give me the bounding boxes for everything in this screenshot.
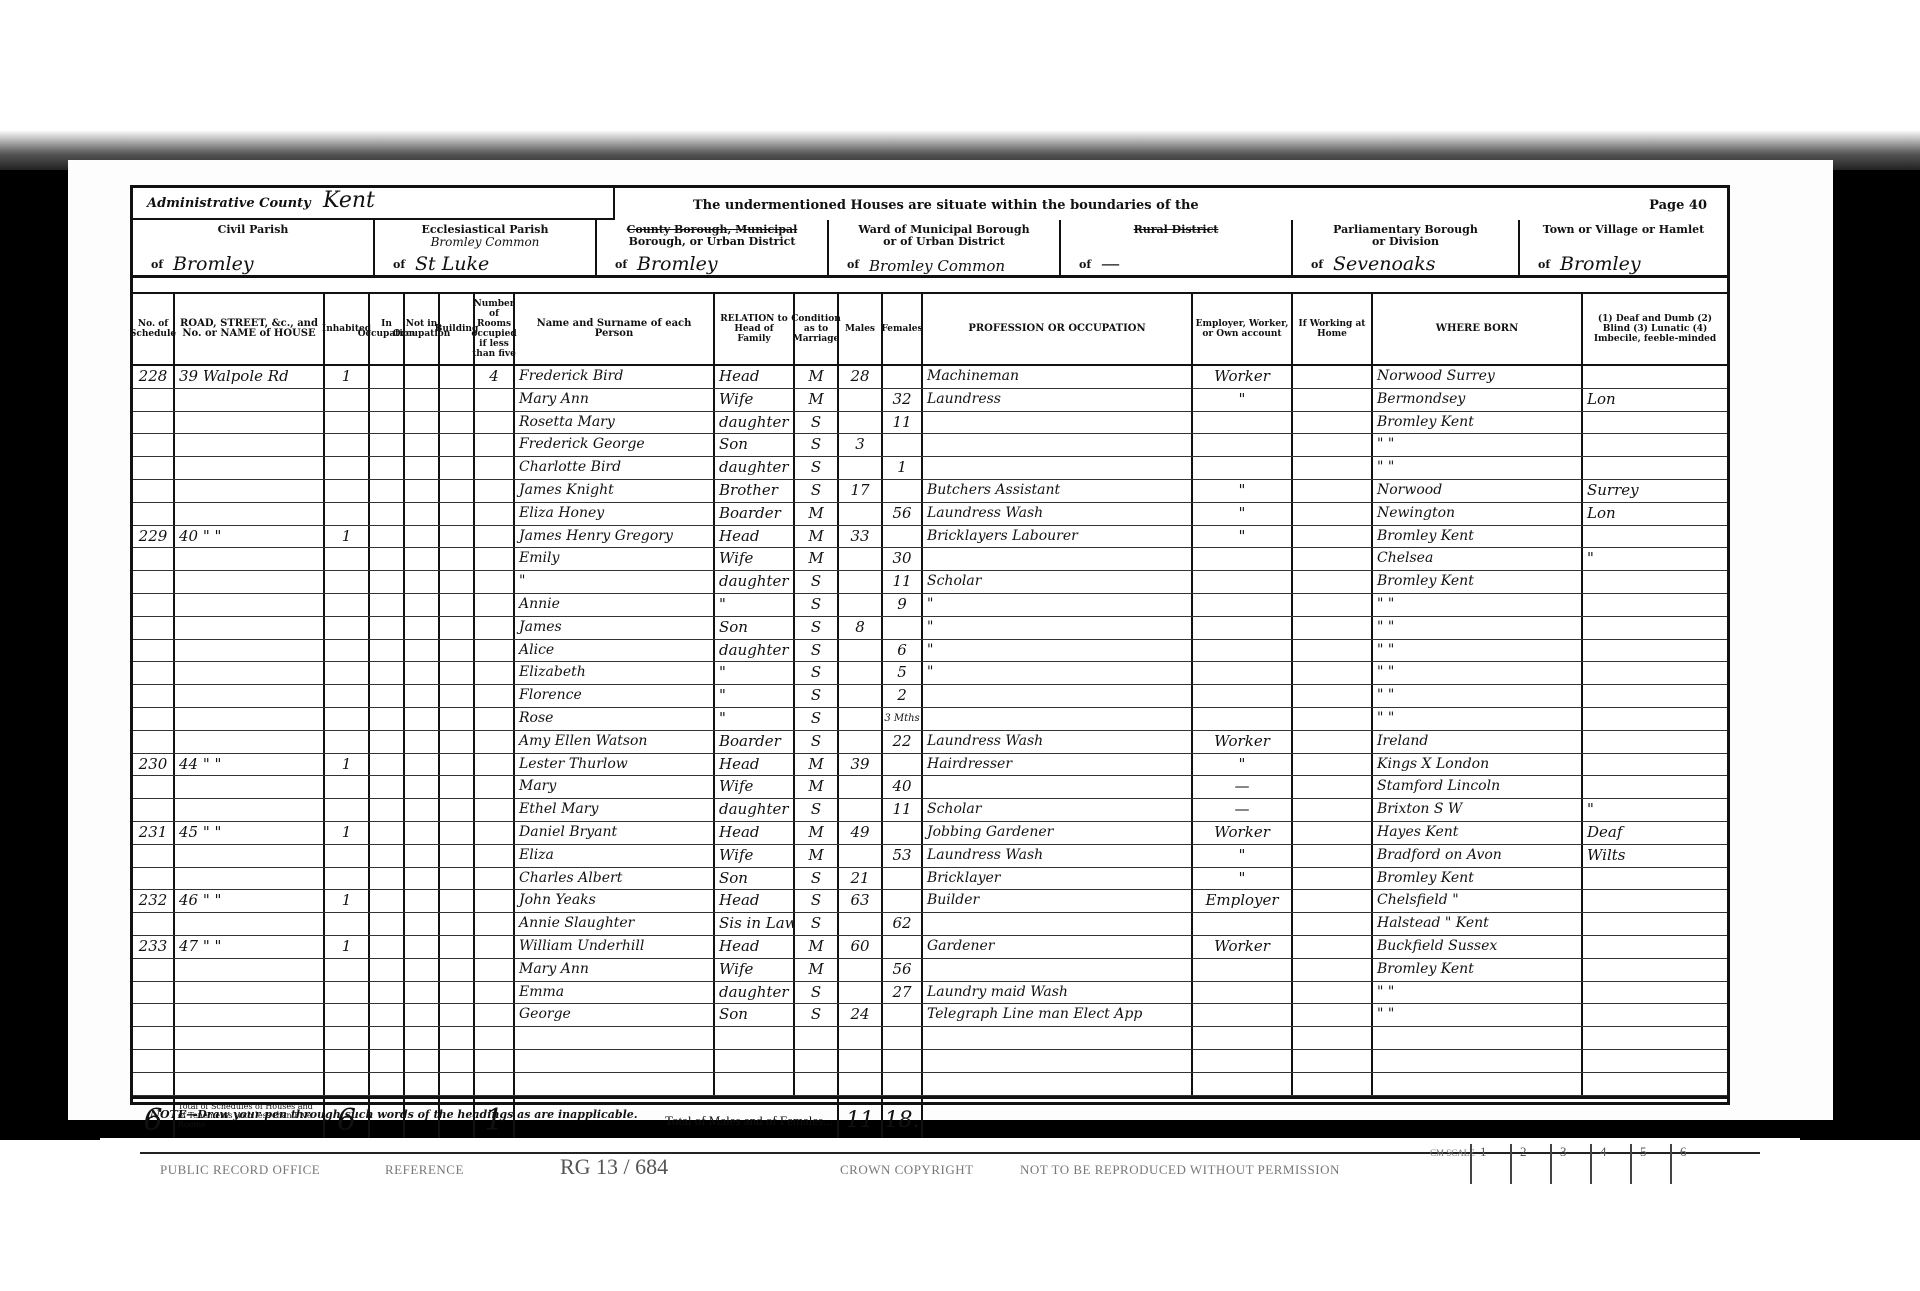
cell-rooms <box>475 776 515 798</box>
cell-female <box>883 1027 923 1049</box>
cell-female <box>883 754 923 776</box>
cell-name: William Underhill <box>515 936 715 958</box>
cell-address <box>175 640 325 662</box>
permission-notice: NOT TO BE REPRODUCED WITHOUT PERMISSION <box>1020 1162 1340 1178</box>
column-header: If Working at Home <box>1293 294 1373 364</box>
admin-county-label: Administrative County <box>147 196 311 211</box>
cell-infirm <box>1583 731 1727 753</box>
cell-male <box>839 913 883 935</box>
cell-address <box>175 845 325 867</box>
cell-inhab: 1 <box>325 822 370 844</box>
cell-blank <box>370 799 405 821</box>
cell-infirm <box>1583 617 1727 639</box>
cell-sched: 233 <box>133 936 175 958</box>
column-header: No. of Schedule <box>133 294 175 364</box>
cell-male <box>839 685 883 707</box>
cell-address <box>175 594 325 616</box>
cell-home <box>1293 959 1373 981</box>
cell-female: 40 <box>883 776 923 798</box>
cell-address <box>175 617 325 639</box>
cell-born: Stamford Lincoln <box>1373 776 1583 798</box>
cell-female <box>883 1050 923 1072</box>
cell-inhab <box>325 389 370 411</box>
cell-blank <box>370 640 405 662</box>
cell-blank <box>440 913 475 935</box>
cell-rel <box>715 1027 795 1049</box>
cell-inhab: 1 <box>325 526 370 548</box>
cell-address <box>175 480 325 502</box>
cell-blank <box>370 548 405 570</box>
cell-name <box>515 1050 715 1072</box>
cell-name: James Knight <box>515 480 715 502</box>
cell-cond: S <box>795 1004 839 1026</box>
cell-name: Florence <box>515 685 715 707</box>
census-row: Elizabeth"S5"" " <box>133 662 1727 685</box>
cell-born: " " <box>1373 685 1583 707</box>
cell-blank <box>440 571 475 593</box>
census-row: Mary AnnWifeM32Laundress"BermondseyLon <box>133 389 1727 412</box>
cell-occ <box>923 913 1193 935</box>
cell-emp: " <box>1193 389 1293 411</box>
cell-rel: daughter <box>715 571 795 593</box>
cell-rooms <box>475 480 515 502</box>
cell-born: " " <box>1373 457 1583 479</box>
cell-cond: S <box>795 480 839 502</box>
cell-emp: — <box>1193 776 1293 798</box>
cell-sched <box>133 799 175 821</box>
cell-blank <box>440 662 475 684</box>
cell-female <box>883 480 923 502</box>
cell-address <box>175 799 325 821</box>
cell-blank <box>370 434 405 456</box>
cell-female: 27 <box>883 982 923 1004</box>
cell-born: Bradford on Avon <box>1373 845 1583 867</box>
cell-male: 28 <box>839 366 883 388</box>
cell-home <box>1293 845 1373 867</box>
cell-blank <box>440 434 475 456</box>
cell-address: 44 " " <box>175 754 325 776</box>
cell-cond <box>795 1050 839 1072</box>
division-label: or Division <box>1293 236 1518 248</box>
cell-emp <box>1193 662 1293 684</box>
of-label: of <box>1538 258 1550 271</box>
cell-inhab <box>325 685 370 707</box>
cell-sched <box>133 776 175 798</box>
cell-name: Mary Ann <box>515 959 715 981</box>
cell-infirm <box>1583 1050 1727 1072</box>
cell-blank <box>370 662 405 684</box>
census-row: 22839 Walpole Rd14Frederick BirdHeadM28M… <box>133 366 1727 389</box>
column-header: PROFESSION OR OCCUPATION <box>923 294 1193 364</box>
cell-name: Ethel Mary <box>515 799 715 821</box>
of-label: of <box>1311 258 1323 271</box>
cell-name: Lester Thurlow <box>515 754 715 776</box>
cell-female: 32 <box>883 389 923 411</box>
cell-blank <box>370 731 405 753</box>
cell-blank <box>370 776 405 798</box>
cell-female <box>883 617 923 639</box>
cell-male <box>839 389 883 411</box>
cell-rooms <box>475 594 515 616</box>
cell-blank <box>440 799 475 821</box>
cell-inhab <box>325 845 370 867</box>
cell-rooms <box>475 434 515 456</box>
census-row: Annie SlaughterSis in LawS62Halstead " K… <box>133 913 1727 936</box>
cell-rooms <box>475 1073 515 1095</box>
cell-infirm <box>1583 366 1727 388</box>
cell-address <box>175 1073 325 1095</box>
cell-blank <box>440 366 475 388</box>
ecclesiastical-parish: Ecclesiastical Parish Bromley Common of … <box>375 220 597 275</box>
cell-male: 49 <box>839 822 883 844</box>
cell-female: 53 <box>883 845 923 867</box>
cell-address <box>175 708 325 730</box>
cell-male: 33 <box>839 526 883 548</box>
cell-home <box>1293 685 1373 707</box>
cell-occ: Butchers Assistant <box>923 480 1193 502</box>
column-headers: No. of ScheduleROAD, STREET, &c., and No… <box>133 294 1727 366</box>
cell-occ: Machineman <box>923 366 1193 388</box>
cell-born: Norwood Surrey <box>1373 366 1583 388</box>
cell-address <box>175 1027 325 1049</box>
cell-occ: Jobbing Gardener <box>923 822 1193 844</box>
cell-address: 40 " " <box>175 526 325 548</box>
column-header: Condition as to Marriage <box>795 294 839 364</box>
cell-cond: S <box>795 640 839 662</box>
census-row: 23246 " "1John YeaksHeadS63BuilderEmploy… <box>133 890 1727 913</box>
cell-blank <box>370 480 405 502</box>
cell-blank <box>370 754 405 776</box>
of-label: of <box>615 258 627 271</box>
cell-cond: M <box>795 776 839 798</box>
cell-sched <box>133 571 175 593</box>
census-row: 23347 " "1William UnderhillHeadM60Garden… <box>133 936 1727 959</box>
record-office: PUBLIC RECORD OFFICE <box>160 1162 320 1178</box>
cell-cond: S <box>795 457 839 479</box>
cell-blank <box>370 594 405 616</box>
cell-infirm <box>1583 776 1727 798</box>
cell-rooms <box>475 662 515 684</box>
cell-rel: Head <box>715 526 795 548</box>
cell-cond: S <box>795 412 839 434</box>
cell-blank <box>405 412 440 434</box>
cell-female: 22 <box>883 731 923 753</box>
cell-male: 8 <box>839 617 883 639</box>
cell-blank <box>370 389 405 411</box>
cell-cond: M <box>795 503 839 525</box>
cell-male <box>839 594 883 616</box>
cell-blank <box>440 890 475 912</box>
of-label: of <box>847 258 859 271</box>
cell-cond: S <box>795 708 839 730</box>
cell-male <box>839 776 883 798</box>
cell-sched <box>133 594 175 616</box>
cell-occ: Scholar <box>923 571 1193 593</box>
cell-occ: Laundress <box>923 389 1193 411</box>
cell-rooms <box>475 731 515 753</box>
cell-home <box>1293 822 1373 844</box>
cell-inhab <box>325 913 370 935</box>
rural-district-value: — <box>1101 253 1120 275</box>
census-form: Administrative County Kent The underment… <box>130 185 1730 1105</box>
census-row: Ethel MarydaughterS11Scholar—Brixton S W… <box>133 799 1727 822</box>
cell-cond <box>795 1073 839 1095</box>
cm-tick: 5 <box>1630 1144 1670 1184</box>
cell-sched <box>133 868 175 890</box>
cell-cond: M <box>795 366 839 388</box>
cell-rel: Wife <box>715 776 795 798</box>
cell-rel: Boarder <box>715 731 795 753</box>
census-row: 23044 " "1Lester ThurlowHeadM39Hairdress… <box>133 754 1727 777</box>
cell-blank <box>370 1004 405 1026</box>
cell-occ <box>923 959 1193 981</box>
cell-emp <box>1193 685 1293 707</box>
cell-emp <box>1193 617 1293 639</box>
cell-rooms <box>475 1027 515 1049</box>
cell-address <box>175 685 325 707</box>
cell-inhab: 1 <box>325 366 370 388</box>
cell-blank <box>370 1073 405 1095</box>
cell-blank <box>440 959 475 981</box>
column-header: Females <box>883 294 923 364</box>
cell-rooms: 4 <box>475 366 515 388</box>
cell-name <box>515 1027 715 1049</box>
cm-tick: 4 <box>1590 1144 1630 1184</box>
census-row <box>133 1073 1727 1096</box>
cell-inhab <box>325 708 370 730</box>
cell-infirm <box>1583 913 1727 935</box>
cell-home <box>1293 640 1373 662</box>
cell-blank <box>370 503 405 525</box>
cell-inhab <box>325 731 370 753</box>
cell-rooms <box>475 754 515 776</box>
census-row: Rosetta MarydaughterS11Bromley Kent <box>133 412 1727 435</box>
column-header: Name and Surname of each Person <box>515 294 715 364</box>
cell-rooms <box>475 617 515 639</box>
census-row: Amy Ellen WatsonBoarderS22Laundress Wash… <box>133 731 1727 754</box>
cell-blank <box>440 503 475 525</box>
cell-female <box>883 434 923 456</box>
cell-sched <box>133 959 175 981</box>
cell-male <box>839 959 883 981</box>
cell-home <box>1293 1004 1373 1026</box>
cell-female: 11 <box>883 412 923 434</box>
cell-name <box>515 1073 715 1095</box>
cell-blank <box>405 617 440 639</box>
cell-infirm <box>1583 526 1727 548</box>
cell-blank <box>405 662 440 684</box>
cell-born: Brixton S W <box>1373 799 1583 821</box>
cell-rooms <box>475 503 515 525</box>
census-row: "daughterS11ScholarBromley Kent <box>133 571 1727 594</box>
cell-emp: " <box>1193 754 1293 776</box>
cell-born: Bromley Kent <box>1373 412 1583 434</box>
column-header: ROAD, STREET, &c., and No. or NAME of HO… <box>175 294 325 364</box>
cell-born: Bromley Kent <box>1373 526 1583 548</box>
cell-name: Amy Ellen Watson <box>515 731 715 753</box>
cell-inhab <box>325 1073 370 1095</box>
cell-blank <box>405 526 440 548</box>
cell-male <box>839 731 883 753</box>
cell-inhab <box>325 868 370 890</box>
cell-blank <box>440 594 475 616</box>
cell-infirm <box>1583 594 1727 616</box>
cell-occ <box>923 685 1193 707</box>
cell-rel: daughter <box>715 982 795 1004</box>
cell-born: Norwood <box>1373 480 1583 502</box>
cell-sched <box>133 708 175 730</box>
cell-rel: Head <box>715 822 795 844</box>
column-header: Males <box>839 294 883 364</box>
cell-infirm <box>1583 640 1727 662</box>
cell-blank <box>440 731 475 753</box>
cell-inhab <box>325 662 370 684</box>
cell-home <box>1293 457 1373 479</box>
cell-cond: S <box>795 662 839 684</box>
cell-sched <box>133 913 175 935</box>
cell-sched <box>133 845 175 867</box>
cell-born: " " <box>1373 708 1583 730</box>
cell-rel: " <box>715 685 795 707</box>
cell-born: Buckfield Sussex <box>1373 936 1583 958</box>
cell-blank <box>405 457 440 479</box>
cell-blank <box>370 982 405 1004</box>
census-row: MaryWifeM40—Stamford Lincoln <box>133 776 1727 799</box>
cell-rel: Head <box>715 754 795 776</box>
cell-home <box>1293 936 1373 958</box>
cell-blank <box>405 776 440 798</box>
cell-name: Frederick George <box>515 434 715 456</box>
cell-address <box>175 389 325 411</box>
cell-rel: daughter <box>715 412 795 434</box>
cell-home <box>1293 708 1373 730</box>
cell-emp <box>1193 1004 1293 1026</box>
cell-rooms <box>475 913 515 935</box>
cell-female: 5 <box>883 662 923 684</box>
cell-home <box>1293 731 1373 753</box>
cell-blank <box>405 1027 440 1049</box>
cell-infirm <box>1583 868 1727 890</box>
cell-blank <box>405 685 440 707</box>
cell-blank <box>405 799 440 821</box>
ward: Ward of Municipal Borough or of Urban Di… <box>829 220 1061 275</box>
cell-inhab <box>325 412 370 434</box>
cell-name: James Henry Gregory <box>515 526 715 548</box>
cell-blank <box>405 982 440 1004</box>
cell-home <box>1293 571 1373 593</box>
census-row: EmmadaughterS27Laundry maid Wash" " <box>133 982 1727 1005</box>
cell-sched <box>133 503 175 525</box>
cell-rel: Head <box>715 890 795 912</box>
cell-cond: S <box>795 685 839 707</box>
cell-home <box>1293 868 1373 890</box>
cell-blank <box>440 480 475 502</box>
urban-district-value: Bromley <box>637 253 718 275</box>
cell-occ <box>923 1050 1193 1072</box>
cell-blank <box>440 1050 475 1072</box>
civil-parish: Civil Parish of Bromley <box>133 220 375 275</box>
cell-blank <box>440 1073 475 1095</box>
cell-emp <box>1193 571 1293 593</box>
cell-home <box>1293 799 1373 821</box>
cell-rooms <box>475 1004 515 1026</box>
county-borough: County Borough, Municipal Borough, or Ur… <box>597 220 829 275</box>
cell-infirm <box>1583 571 1727 593</box>
cell-blank <box>405 1073 440 1095</box>
cell-sched <box>133 731 175 753</box>
cell-blank <box>440 389 475 411</box>
cell-emp: " <box>1193 480 1293 502</box>
cell-occ: Hairdresser <box>923 754 1193 776</box>
cell-male <box>839 845 883 867</box>
cell-female <box>883 366 923 388</box>
cell-occ <box>923 548 1193 570</box>
cell-born: Chelsea <box>1373 548 1583 570</box>
cell-blank <box>370 890 405 912</box>
cell-occ <box>923 434 1193 456</box>
cell-blank <box>440 412 475 434</box>
cell-name: " <box>515 571 715 593</box>
cell-emp: — <box>1193 799 1293 821</box>
census-row <box>133 1027 1727 1050</box>
cell-blank <box>440 617 475 639</box>
cell-female <box>883 822 923 844</box>
cell-female <box>883 1073 923 1095</box>
cell-emp <box>1193 1073 1293 1095</box>
cell-rooms <box>475 571 515 593</box>
cell-rooms <box>475 640 515 662</box>
cell-blank <box>405 571 440 593</box>
cell-blank <box>440 457 475 479</box>
cell-sched <box>133 617 175 639</box>
cell-cond: M <box>795 754 839 776</box>
cell-cond: S <box>795 982 839 1004</box>
admin-county: Administrative County Kent <box>133 188 615 220</box>
cell-cond: S <box>795 890 839 912</box>
cell-rooms <box>475 548 515 570</box>
cell-home <box>1293 890 1373 912</box>
census-row: EmilyWifeM30Chelsea" <box>133 548 1727 571</box>
cell-female: 30 <box>883 548 923 570</box>
cell-inhab <box>325 617 370 639</box>
cell-sched: 228 <box>133 366 175 388</box>
cell-emp <box>1193 594 1293 616</box>
cell-rel: daughter <box>715 457 795 479</box>
rural-district-label: Rural District <box>1061 224 1291 236</box>
cell-name: Frederick Bird <box>515 366 715 388</box>
cell-home <box>1293 526 1373 548</box>
cell-rooms <box>475 845 515 867</box>
cell-blank <box>370 526 405 548</box>
cell-blank <box>440 868 475 890</box>
cell-address: 47 " " <box>175 936 325 958</box>
census-row: Rose"S3 Mths" " <box>133 708 1727 731</box>
cm-scale: 123456 <box>1470 1144 1710 1184</box>
cell-blank <box>440 685 475 707</box>
cell-blank <box>370 571 405 593</box>
cell-blank <box>440 1004 475 1026</box>
cell-male <box>839 982 883 1004</box>
cell-address <box>175 548 325 570</box>
cell-address <box>175 571 325 593</box>
rural-district: Rural District of — <box>1061 220 1293 275</box>
cell-occ: Laundress Wash <box>923 845 1193 867</box>
cell-rooms <box>475 389 515 411</box>
cell-blank <box>405 366 440 388</box>
cell-sched <box>133 640 175 662</box>
cell-rel: Son <box>715 434 795 456</box>
cell-inhab <box>325 1004 370 1026</box>
